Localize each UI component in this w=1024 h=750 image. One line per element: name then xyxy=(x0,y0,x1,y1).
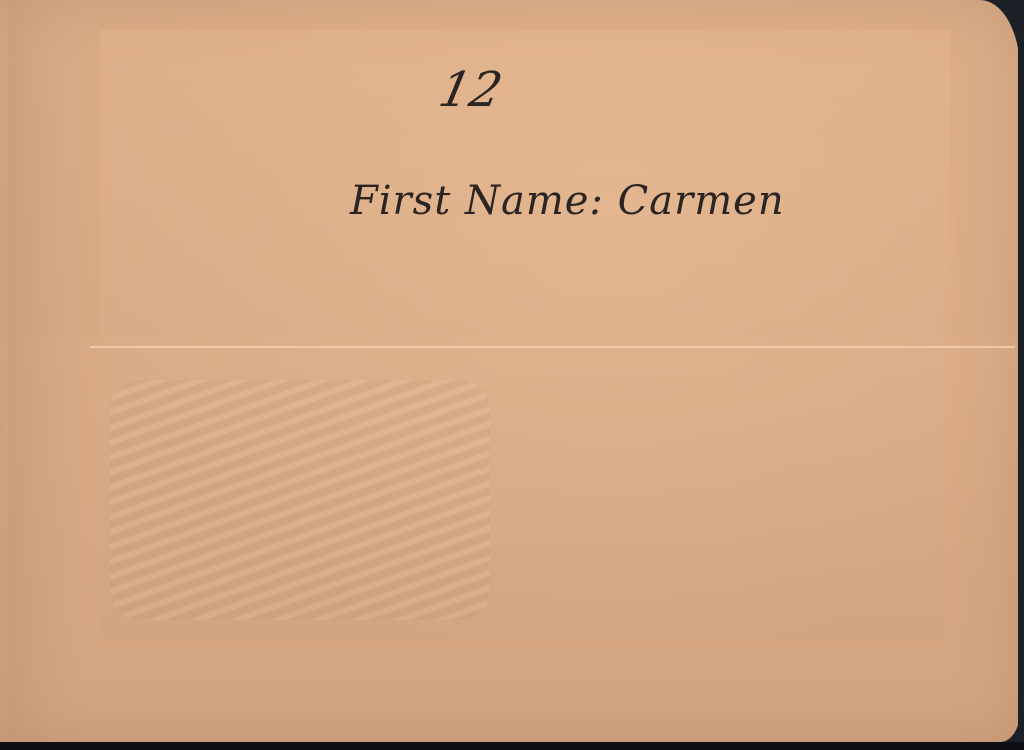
fold-line xyxy=(90,346,1015,348)
field-value: Carmen xyxy=(618,178,785,224)
envelope-seam xyxy=(8,0,88,742)
name-label-line: First Name: Carmen xyxy=(350,178,785,224)
paper-crinkle xyxy=(110,380,490,620)
handwritten-number: 12 xyxy=(434,62,507,118)
background-bottom xyxy=(0,742,1024,750)
envelope: 12 First Name: Carmen xyxy=(0,0,1020,742)
background-edge xyxy=(1018,0,1024,750)
field-label: First Name: xyxy=(350,178,604,224)
